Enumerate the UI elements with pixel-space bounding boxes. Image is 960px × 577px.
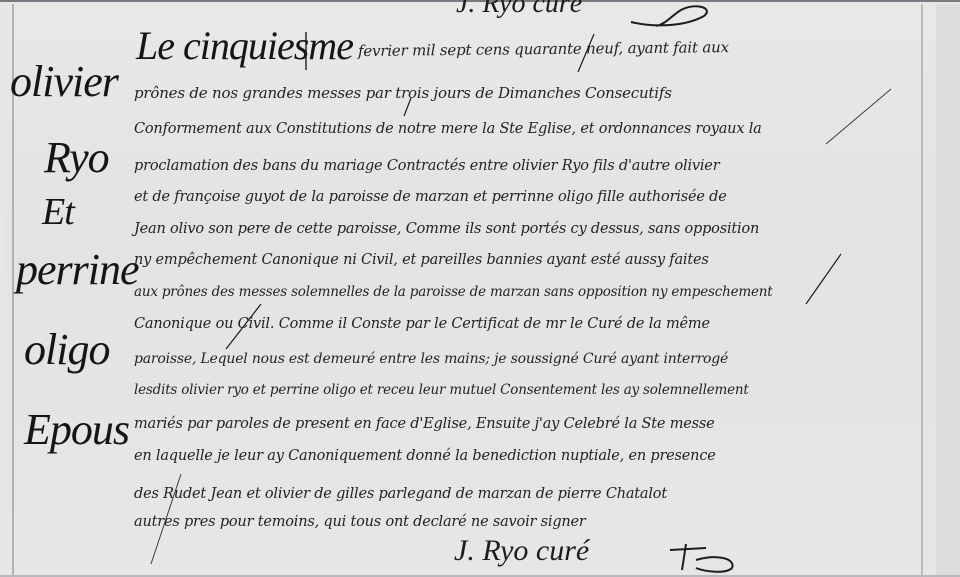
- ink-descender-strokes: [6, 4, 936, 575]
- scan-right-edge: [936, 4, 960, 575]
- scan-frame: J. Ryo curé olivier Ryo Et perrine oligo…: [0, 0, 960, 577]
- document-page: J. Ryo curé olivier Ryo Et perrine oligo…: [6, 4, 936, 575]
